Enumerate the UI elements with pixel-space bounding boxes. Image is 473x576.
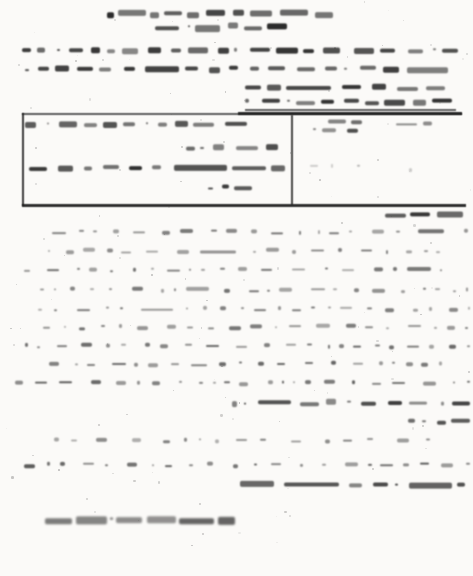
illegible-word-blob bbox=[372, 289, 386, 292]
illegible-word-blob bbox=[373, 483, 388, 487]
illegible-word-blob bbox=[451, 419, 470, 423]
illegible-word-blob bbox=[134, 363, 138, 367]
illegible-word-blob bbox=[468, 306, 471, 309]
scan-noise-speck bbox=[214, 42, 216, 44]
illegible-word-blob bbox=[279, 288, 292, 292]
illegible-word-blob bbox=[275, 326, 277, 328]
illegible-word-blob bbox=[167, 269, 180, 272]
illegible-word-blob bbox=[289, 325, 301, 327]
scan-noise-speck bbox=[422, 425, 424, 427]
illegible-word-blob bbox=[342, 269, 354, 272]
illegible-word-blob bbox=[177, 250, 189, 253]
illegible-word-blob bbox=[213, 144, 224, 150]
illegible-word-blob bbox=[339, 344, 344, 348]
illegible-word-blob bbox=[268, 67, 286, 70]
body-line-2 bbox=[45, 245, 440, 257]
illegible-word-blob bbox=[352, 381, 355, 385]
illegible-word-blob bbox=[103, 122, 117, 127]
scan-noise-speck bbox=[364, 1, 366, 3]
illegible-word-blob bbox=[331, 361, 336, 365]
illegible-word-blob bbox=[287, 99, 290, 102]
illegible-word-blob bbox=[311, 288, 325, 290]
illegible-word-blob bbox=[224, 289, 231, 293]
illegible-word-blob bbox=[409, 483, 452, 488]
illegible-word-blob bbox=[110, 270, 113, 273]
table-left-row-1 bbox=[25, 118, 247, 130]
illegible-word-blob bbox=[344, 99, 360, 103]
illegible-word-blob bbox=[179, 518, 214, 525]
illegible-word-blob bbox=[413, 308, 419, 311]
illegible-word-blob bbox=[367, 307, 372, 310]
illegible-word-blob bbox=[83, 248, 95, 251]
illegible-word-blob bbox=[225, 121, 247, 126]
illegible-word-blob bbox=[277, 363, 284, 365]
illegible-word-blob bbox=[49, 362, 59, 366]
illegible-word-blob bbox=[187, 326, 193, 329]
illegible-word-blob bbox=[226, 229, 237, 232]
illegible-word-blob bbox=[318, 230, 320, 233]
scan-noise-speck bbox=[403, 20, 404, 21]
illegible-word-blob bbox=[38, 308, 43, 311]
scan-noise-speck bbox=[102, 59, 104, 61]
illegible-word-blob bbox=[52, 232, 66, 235]
illegible-word-blob bbox=[121, 251, 130, 254]
illegible-word-blob bbox=[291, 440, 301, 443]
scan-noise-speck bbox=[232, 418, 234, 420]
illegible-word-blob bbox=[201, 269, 205, 271]
scan-noise-speck bbox=[376, 340, 379, 343]
illegible-word-blob bbox=[409, 401, 428, 404]
scan-noise-speck bbox=[13, 344, 15, 346]
illegible-word-blob bbox=[152, 464, 154, 467]
scan-noise-speck bbox=[30, 107, 32, 109]
illegible-word-blob bbox=[423, 121, 433, 125]
illegible-word-blob bbox=[449, 308, 458, 311]
illegible-word-blob bbox=[457, 482, 465, 486]
illegible-word-blob bbox=[234, 186, 252, 191]
illegible-word-blob bbox=[408, 419, 415, 423]
illegible-word-blob bbox=[207, 462, 213, 465]
table-right-row-3b bbox=[386, 163, 412, 175]
illegible-word-blob bbox=[24, 269, 30, 272]
illegible-word-blob bbox=[48, 250, 50, 252]
body-line-1 bbox=[33, 226, 468, 238]
illegible-word-blob bbox=[397, 439, 408, 443]
scan-noise-speck bbox=[126, 414, 128, 416]
scan-noise-speck bbox=[289, 515, 291, 517]
title-line-1 bbox=[107, 8, 333, 20]
illegible-word-blob bbox=[107, 12, 113, 19]
scan-noise-speck bbox=[18, 64, 20, 66]
illegible-word-blob bbox=[392, 361, 395, 364]
illegible-word-blob bbox=[383, 67, 398, 73]
illegible-word-blob bbox=[84, 166, 92, 171]
illegible-word-blob bbox=[333, 288, 337, 291]
illegible-word-blob bbox=[191, 364, 206, 367]
illegible-word-blob bbox=[47, 122, 49, 124]
scan-noise-speck bbox=[331, 356, 332, 357]
illegible-word-blob bbox=[233, 464, 238, 468]
illegible-word-blob bbox=[90, 288, 95, 291]
illegible-word-blob bbox=[101, 325, 105, 328]
illegible-word-blob bbox=[66, 251, 74, 254]
illegible-word-blob bbox=[251, 230, 257, 233]
illegible-word-blob bbox=[91, 48, 100, 53]
illegible-word-blob bbox=[54, 309, 57, 312]
scan-noise-speck bbox=[331, 196, 332, 197]
scan-noise-speck bbox=[77, 55, 78, 56]
illegible-word-blob bbox=[64, 326, 66, 328]
illegible-word-blob bbox=[124, 67, 135, 71]
scan-noise-speck bbox=[470, 189, 472, 191]
illegible-word-blob bbox=[388, 401, 402, 405]
illegible-word-blob bbox=[89, 268, 97, 271]
illegible-word-blob bbox=[133, 268, 137, 271]
illegible-word-blob bbox=[236, 146, 258, 150]
illegible-word-blob bbox=[466, 463, 470, 465]
illegible-word-blob bbox=[167, 325, 176, 329]
scan-noise-speck bbox=[243, 279, 245, 281]
illegible-word-blob bbox=[413, 100, 427, 106]
illegible-word-blob bbox=[151, 268, 154, 270]
scan-noise-speck bbox=[89, 98, 91, 100]
illegible-word-blob bbox=[338, 248, 342, 251]
illegible-word-blob bbox=[220, 268, 225, 270]
illegible-word-blob bbox=[292, 250, 296, 254]
signature-line bbox=[45, 514, 235, 526]
illegible-word-blob bbox=[321, 100, 334, 104]
scan-noise-speck bbox=[290, 152, 291, 153]
illegible-word-blob bbox=[437, 212, 463, 218]
illegible-word-blob bbox=[245, 86, 260, 90]
table-left-row-3 bbox=[25, 162, 285, 174]
illegible-word-blob bbox=[266, 248, 279, 251]
illegible-word-blob bbox=[232, 401, 237, 406]
illegible-word-blob bbox=[344, 68, 347, 70]
illegible-word-blob bbox=[40, 289, 44, 291]
illegible-word-blob bbox=[187, 12, 199, 18]
illegible-word-blob bbox=[238, 267, 247, 270]
scan-noise-speck bbox=[319, 179, 321, 181]
scan-noise-speck bbox=[431, 287, 433, 289]
illegible-word-blob bbox=[432, 98, 452, 103]
scan-noise-speck bbox=[202, 533, 204, 535]
illegible-word-blob bbox=[349, 484, 362, 488]
illegible-word-blob bbox=[127, 463, 137, 467]
scan-noise-speck bbox=[58, 469, 60, 471]
illegible-word-blob bbox=[47, 462, 50, 465]
scan-noise-speck bbox=[170, 93, 171, 94]
illegible-word-blob bbox=[15, 381, 23, 385]
illegible-word-blob bbox=[175, 121, 188, 127]
scan-noise-speck bbox=[98, 424, 100, 426]
scan-noise-speck bbox=[358, 326, 360, 328]
scan-noise-speck bbox=[191, 545, 192, 546]
illegible-word-blob bbox=[368, 464, 371, 466]
illegible-word-blob bbox=[313, 128, 317, 131]
illegible-word-blob bbox=[148, 364, 158, 367]
illegible-word-blob bbox=[54, 288, 56, 290]
illegible-word-blob bbox=[282, 380, 284, 383]
illegible-word-blob bbox=[148, 47, 161, 53]
illegible-word-blob bbox=[215, 440, 219, 443]
scan-noise-speck bbox=[16, 284, 18, 286]
illegible-word-blob bbox=[296, 102, 315, 105]
illegible-word-blob bbox=[239, 382, 248, 385]
illegible-word-blob bbox=[326, 399, 336, 405]
scan-noise-speck bbox=[223, 141, 225, 143]
illegible-word-blob bbox=[340, 307, 351, 309]
illegible-word-blob bbox=[59, 381, 72, 383]
table-left-row-2 bbox=[186, 142, 278, 154]
illegible-word-blob bbox=[372, 84, 386, 90]
illegible-word-blob bbox=[77, 67, 94, 71]
illegible-word-blob bbox=[116, 381, 125, 385]
illegible-word-blob bbox=[323, 48, 340, 54]
illegible-word-blob bbox=[186, 146, 195, 151]
illegible-word-blob bbox=[354, 48, 374, 54]
illegible-word-blob bbox=[120, 307, 123, 309]
illegible-word-blob bbox=[426, 86, 445, 91]
illegible-word-blob bbox=[328, 345, 330, 348]
after-table-word-right bbox=[385, 209, 463, 221]
illegible-word-blob bbox=[453, 381, 455, 383]
scan-noise-speck bbox=[10, 328, 12, 330]
illegible-word-blob bbox=[345, 463, 358, 466]
illegible-word-blob bbox=[77, 268, 81, 270]
illegible-word-blob bbox=[38, 67, 48, 71]
illegible-word-blob bbox=[174, 165, 226, 171]
scan-noise-speck bbox=[199, 503, 201, 505]
illegible-word-blob bbox=[440, 269, 442, 271]
illegible-word-blob bbox=[25, 343, 27, 346]
illegible-word-blob bbox=[75, 363, 79, 366]
illegible-word-blob bbox=[250, 10, 271, 17]
illegible-word-blob bbox=[132, 287, 143, 291]
illegible-word-blob bbox=[286, 86, 331, 91]
illegible-word-blob bbox=[315, 13, 333, 18]
illegible-word-blob bbox=[452, 402, 470, 406]
illegible-word-blob bbox=[165, 465, 172, 467]
illegible-word-blob bbox=[121, 344, 126, 346]
illegible-word-blob bbox=[155, 26, 180, 30]
illegible-word-blob bbox=[328, 306, 331, 309]
intro-line-4-right bbox=[240, 96, 452, 108]
illegible-word-blob bbox=[322, 128, 336, 132]
illegible-word-blob bbox=[253, 250, 256, 253]
illegible-word-blob bbox=[107, 49, 115, 53]
illegible-word-blob bbox=[297, 67, 314, 71]
scan-noise-speck bbox=[217, 19, 218, 20]
illegible-word-blob bbox=[260, 438, 266, 441]
illegible-word-blob bbox=[286, 343, 296, 346]
illegible-word-blob bbox=[236, 345, 248, 348]
illegible-word-blob bbox=[342, 85, 361, 89]
illegible-word-blob bbox=[361, 250, 372, 252]
scan-noise-speck bbox=[377, 159, 379, 161]
scan-noise-speck bbox=[206, 300, 208, 302]
illegible-word-blob bbox=[271, 463, 281, 465]
illegible-word-blob bbox=[189, 464, 192, 467]
illegible-word-blob bbox=[244, 402, 246, 405]
body-line-8 bbox=[28, 358, 442, 370]
illegible-word-blob bbox=[93, 230, 97, 232]
illegible-word-blob bbox=[103, 165, 119, 169]
illegible-word-blob bbox=[408, 49, 423, 53]
illegible-word-blob bbox=[389, 346, 394, 349]
illegible-word-blob bbox=[407, 267, 431, 271]
illegible-word-blob bbox=[249, 290, 259, 293]
illegible-word-blob bbox=[324, 380, 336, 383]
illegible-word-blob bbox=[307, 343, 312, 346]
scan-noise-speck bbox=[180, 181, 182, 183]
illegible-word-blob bbox=[316, 324, 330, 327]
scan-noise-speck bbox=[341, 222, 343, 224]
illegible-word-blob bbox=[258, 362, 263, 365]
illegible-word-blob bbox=[347, 129, 358, 133]
illegible-word-blob bbox=[69, 48, 83, 52]
illegible-word-blob bbox=[99, 67, 112, 72]
illegible-word-blob bbox=[158, 122, 167, 127]
illegible-word-blob bbox=[264, 343, 270, 347]
illegible-word-blob bbox=[464, 229, 468, 232]
scan-noise-speck bbox=[314, 390, 315, 391]
scan-noise-speck bbox=[35, 183, 37, 185]
scan-noise-speck bbox=[347, 56, 348, 57]
illegible-word-blob bbox=[152, 166, 161, 169]
scan-noise-speck bbox=[466, 53, 468, 55]
intro-line-2 bbox=[12, 63, 448, 75]
illegible-word-blob bbox=[365, 326, 373, 328]
illegible-word-blob bbox=[106, 306, 109, 308]
illegible-word-blob bbox=[199, 381, 204, 384]
illegible-word-blob bbox=[267, 85, 281, 91]
illegible-word-blob bbox=[186, 287, 209, 290]
illegible-word-blob bbox=[179, 381, 182, 384]
illegible-word-blob bbox=[250, 47, 270, 52]
scan-noise-speck bbox=[309, 172, 311, 174]
scan-noise-speck bbox=[99, 215, 101, 217]
illegible-word-blob bbox=[386, 327, 388, 329]
intro-line-1 bbox=[22, 44, 458, 56]
illegible-word-blob bbox=[174, 288, 177, 291]
scan-noise-speck bbox=[284, 511, 287, 514]
title-line-2 bbox=[153, 21, 287, 33]
illegible-word-blob bbox=[385, 214, 406, 217]
illegible-word-blob bbox=[408, 325, 420, 327]
illegible-word-blob bbox=[261, 269, 272, 271]
illegible-word-blob bbox=[435, 288, 440, 291]
illegible-word-blob bbox=[258, 400, 290, 405]
illegible-word-blob bbox=[365, 101, 379, 105]
illegible-word-blob bbox=[218, 48, 228, 54]
illegible-word-blob bbox=[55, 66, 69, 71]
illegible-word-blob bbox=[57, 49, 60, 51]
scan-noise-speck bbox=[112, 473, 114, 475]
illegible-word-blob bbox=[35, 381, 47, 383]
illegible-word-blob bbox=[424, 250, 428, 253]
closing-line-sparse bbox=[52, 434, 430, 446]
illegible-word-blob bbox=[163, 440, 170, 443]
illegible-word-blob bbox=[145, 343, 151, 347]
illegible-word-blob bbox=[180, 229, 193, 233]
illegible-word-blob bbox=[429, 307, 432, 310]
illegible-word-blob bbox=[60, 462, 65, 466]
illegible-word-blob bbox=[203, 306, 207, 309]
illegible-word-blob bbox=[395, 483, 398, 485]
scan-noise-speck bbox=[277, 267, 279, 269]
illegible-word-blob bbox=[442, 48, 458, 52]
scan-noise-speck bbox=[238, 532, 240, 534]
illegible-word-blob bbox=[70, 287, 75, 290]
scan-noise-speck bbox=[364, 312, 365, 313]
illegible-word-blob bbox=[164, 11, 182, 16]
illegible-word-blob bbox=[423, 288, 426, 290]
illegible-word-blob bbox=[59, 122, 76, 127]
illegible-word-blob bbox=[276, 48, 298, 53]
illegible-word-blob bbox=[407, 68, 448, 73]
scan-noise-speck bbox=[439, 114, 440, 115]
table-right-row-3a bbox=[300, 161, 360, 173]
illegible-word-blob bbox=[310, 165, 318, 167]
illegible-word-blob bbox=[262, 99, 280, 103]
scan-noise-speck bbox=[388, 10, 389, 11]
illegible-word-blob bbox=[229, 327, 241, 330]
illegible-word-blob bbox=[79, 230, 84, 232]
illegible-word-blob bbox=[87, 364, 95, 367]
body-line-10-right bbox=[232, 397, 470, 409]
illegible-word-blob bbox=[189, 269, 192, 272]
scan-noise-speck bbox=[409, 171, 410, 172]
illegible-word-blob bbox=[299, 231, 301, 234]
illegible-word-blob bbox=[331, 164, 333, 168]
illegible-word-blob bbox=[254, 464, 257, 466]
illegible-word-blob bbox=[25, 122, 36, 128]
illegible-word-blob bbox=[311, 249, 324, 251]
post-line-1 bbox=[14, 459, 470, 471]
illegible-word-blob bbox=[418, 229, 444, 233]
illegible-word-blob bbox=[293, 381, 295, 383]
illegible-word-blob bbox=[466, 288, 468, 292]
illegible-word-blob bbox=[240, 481, 275, 487]
illegible-word-blob bbox=[113, 230, 119, 234]
table-bottom-border bbox=[22, 204, 466, 207]
illegible-word-blob bbox=[244, 26, 261, 30]
scan-noise-speck bbox=[86, 498, 87, 499]
illegible-word-blob bbox=[22, 49, 31, 52]
illegible-word-blob bbox=[407, 346, 419, 348]
scan-noise-speck bbox=[377, 196, 379, 198]
illegible-word-blob bbox=[436, 251, 440, 254]
illegible-word-blob bbox=[397, 87, 418, 91]
body-line-7 bbox=[20, 340, 470, 352]
scan-noise-speck bbox=[382, 45, 383, 46]
paragraph-underline bbox=[245, 109, 456, 111]
scan-noise-speck bbox=[185, 278, 187, 280]
illegible-word-blob bbox=[386, 250, 388, 253]
illegible-word-blob bbox=[133, 231, 145, 234]
illegible-word-blob bbox=[71, 439, 77, 442]
illegible-word-blob bbox=[57, 345, 68, 347]
illegible-word-blob bbox=[83, 463, 94, 465]
illegible-word-blob bbox=[303, 49, 314, 53]
illegible-word-blob bbox=[325, 267, 328, 270]
illegible-word-blob bbox=[29, 167, 47, 171]
illegible-word-blob bbox=[422, 420, 425, 422]
illegible-word-blob bbox=[421, 363, 427, 366]
illegible-word-blob bbox=[137, 381, 140, 384]
illegible-word-blob bbox=[434, 327, 438, 330]
